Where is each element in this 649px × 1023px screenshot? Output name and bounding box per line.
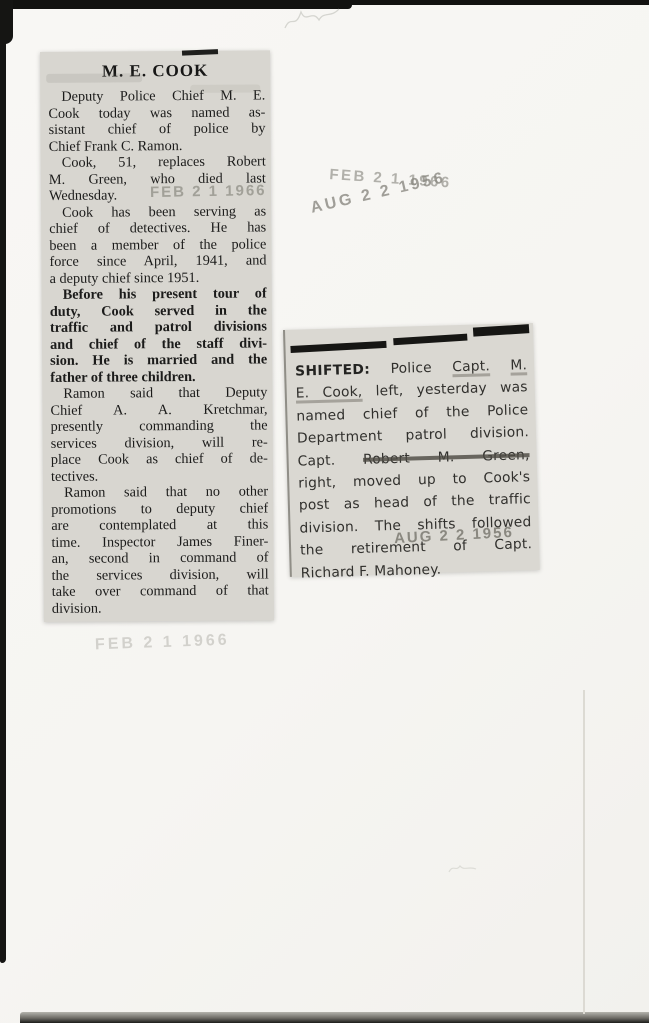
date-stamp-feb-faint: FEB 2 1 1966 [95, 632, 230, 655]
torn-edge-mark [290, 341, 386, 353]
handwriting-mark [282, 4, 344, 34]
text-line: Cook today was named as- [48, 104, 265, 122]
text-line: sistant chief of police by [48, 120, 265, 138]
paragraph: Before his present tour ofduty, Cook ser… [50, 285, 268, 386]
torn-edge-mark [182, 49, 218, 56]
scan-edge-left-blob [0, 0, 13, 44]
text-line: tectives. [51, 467, 268, 485]
torn-edge-mark [393, 334, 467, 346]
text-line: Cook has been serving as [49, 203, 266, 221]
text-line: father of three children. [50, 368, 267, 386]
text-line: time. Inspector James Finer- [51, 533, 268, 551]
scan-edge-left [0, 0, 6, 963]
text-line: Chief A. A. Kretchmar, [50, 401, 267, 419]
text-line: duty, Cook served in the [50, 302, 267, 320]
handwriting-mark-small [447, 860, 479, 876]
clipping-body: Deputy Police Chief M. E.Cook today was … [40, 87, 274, 617]
scan-edge-bottom [20, 1012, 649, 1023]
text-line: sion. He is married and the [50, 351, 267, 369]
text-line: force since April, 1941, and [49, 252, 266, 270]
text-line: promotions to deputy chief [51, 500, 268, 518]
caption-body: SHIFTED: Police Capt. M.E. Cook, left, y… [295, 354, 533, 584]
ghost-print-smudge [190, 84, 260, 92]
paragraph: Cook has been serving aschief of detecti… [49, 203, 267, 287]
text-line: services division, will re- [51, 434, 268, 452]
news-clipping-cook: M. E. COOK Deputy Police Chief M. E.Cook… [40, 50, 274, 622]
date-stamp-feb-on-clipping: FEB 2 1 1966 [150, 182, 267, 201]
text-line: been a member of the police [49, 236, 266, 254]
text-line: presently commanding the [51, 417, 268, 435]
paragraph: Ramon said that no otherpromotions to de… [51, 483, 269, 617]
text-line: and chief of the staff divi- [50, 335, 267, 353]
text-line: division. [52, 599, 269, 617]
text-line: traffic and patrol divisions [50, 318, 267, 336]
paragraph: Deputy Police Chief M. E.Cook today was … [48, 87, 265, 155]
ghost-print-smudge [46, 73, 142, 83]
text-line: Chief Frank C. Ramon. [49, 137, 266, 155]
text-line: the services division, will [52, 566, 269, 584]
text-line: are contemplated at this [51, 516, 268, 534]
text-line: Cook, 51, replaces Robert [49, 153, 266, 171]
page-fold-line [583, 690, 585, 1014]
text-line: an, second in command of [51, 549, 268, 567]
text-line: chief of detectives. He has [49, 219, 266, 237]
text-line: Before his present tour of [50, 285, 267, 303]
torn-edge-mark [473, 324, 529, 336]
scanned-page: M. E. COOK Deputy Police Chief M. E.Cook… [0, 0, 649, 1023]
text-line: take over command of that [52, 582, 269, 600]
paragraph: Ramon said that DeputyChief A. A. Kretch… [50, 384, 268, 485]
text-line: place Cook as chief of de- [51, 450, 268, 468]
text-line: Ramon said that no other [51, 483, 268, 501]
text-line: a deputy chief since 1951. [50, 269, 267, 287]
text-line: Ramon said that Deputy [50, 384, 267, 402]
